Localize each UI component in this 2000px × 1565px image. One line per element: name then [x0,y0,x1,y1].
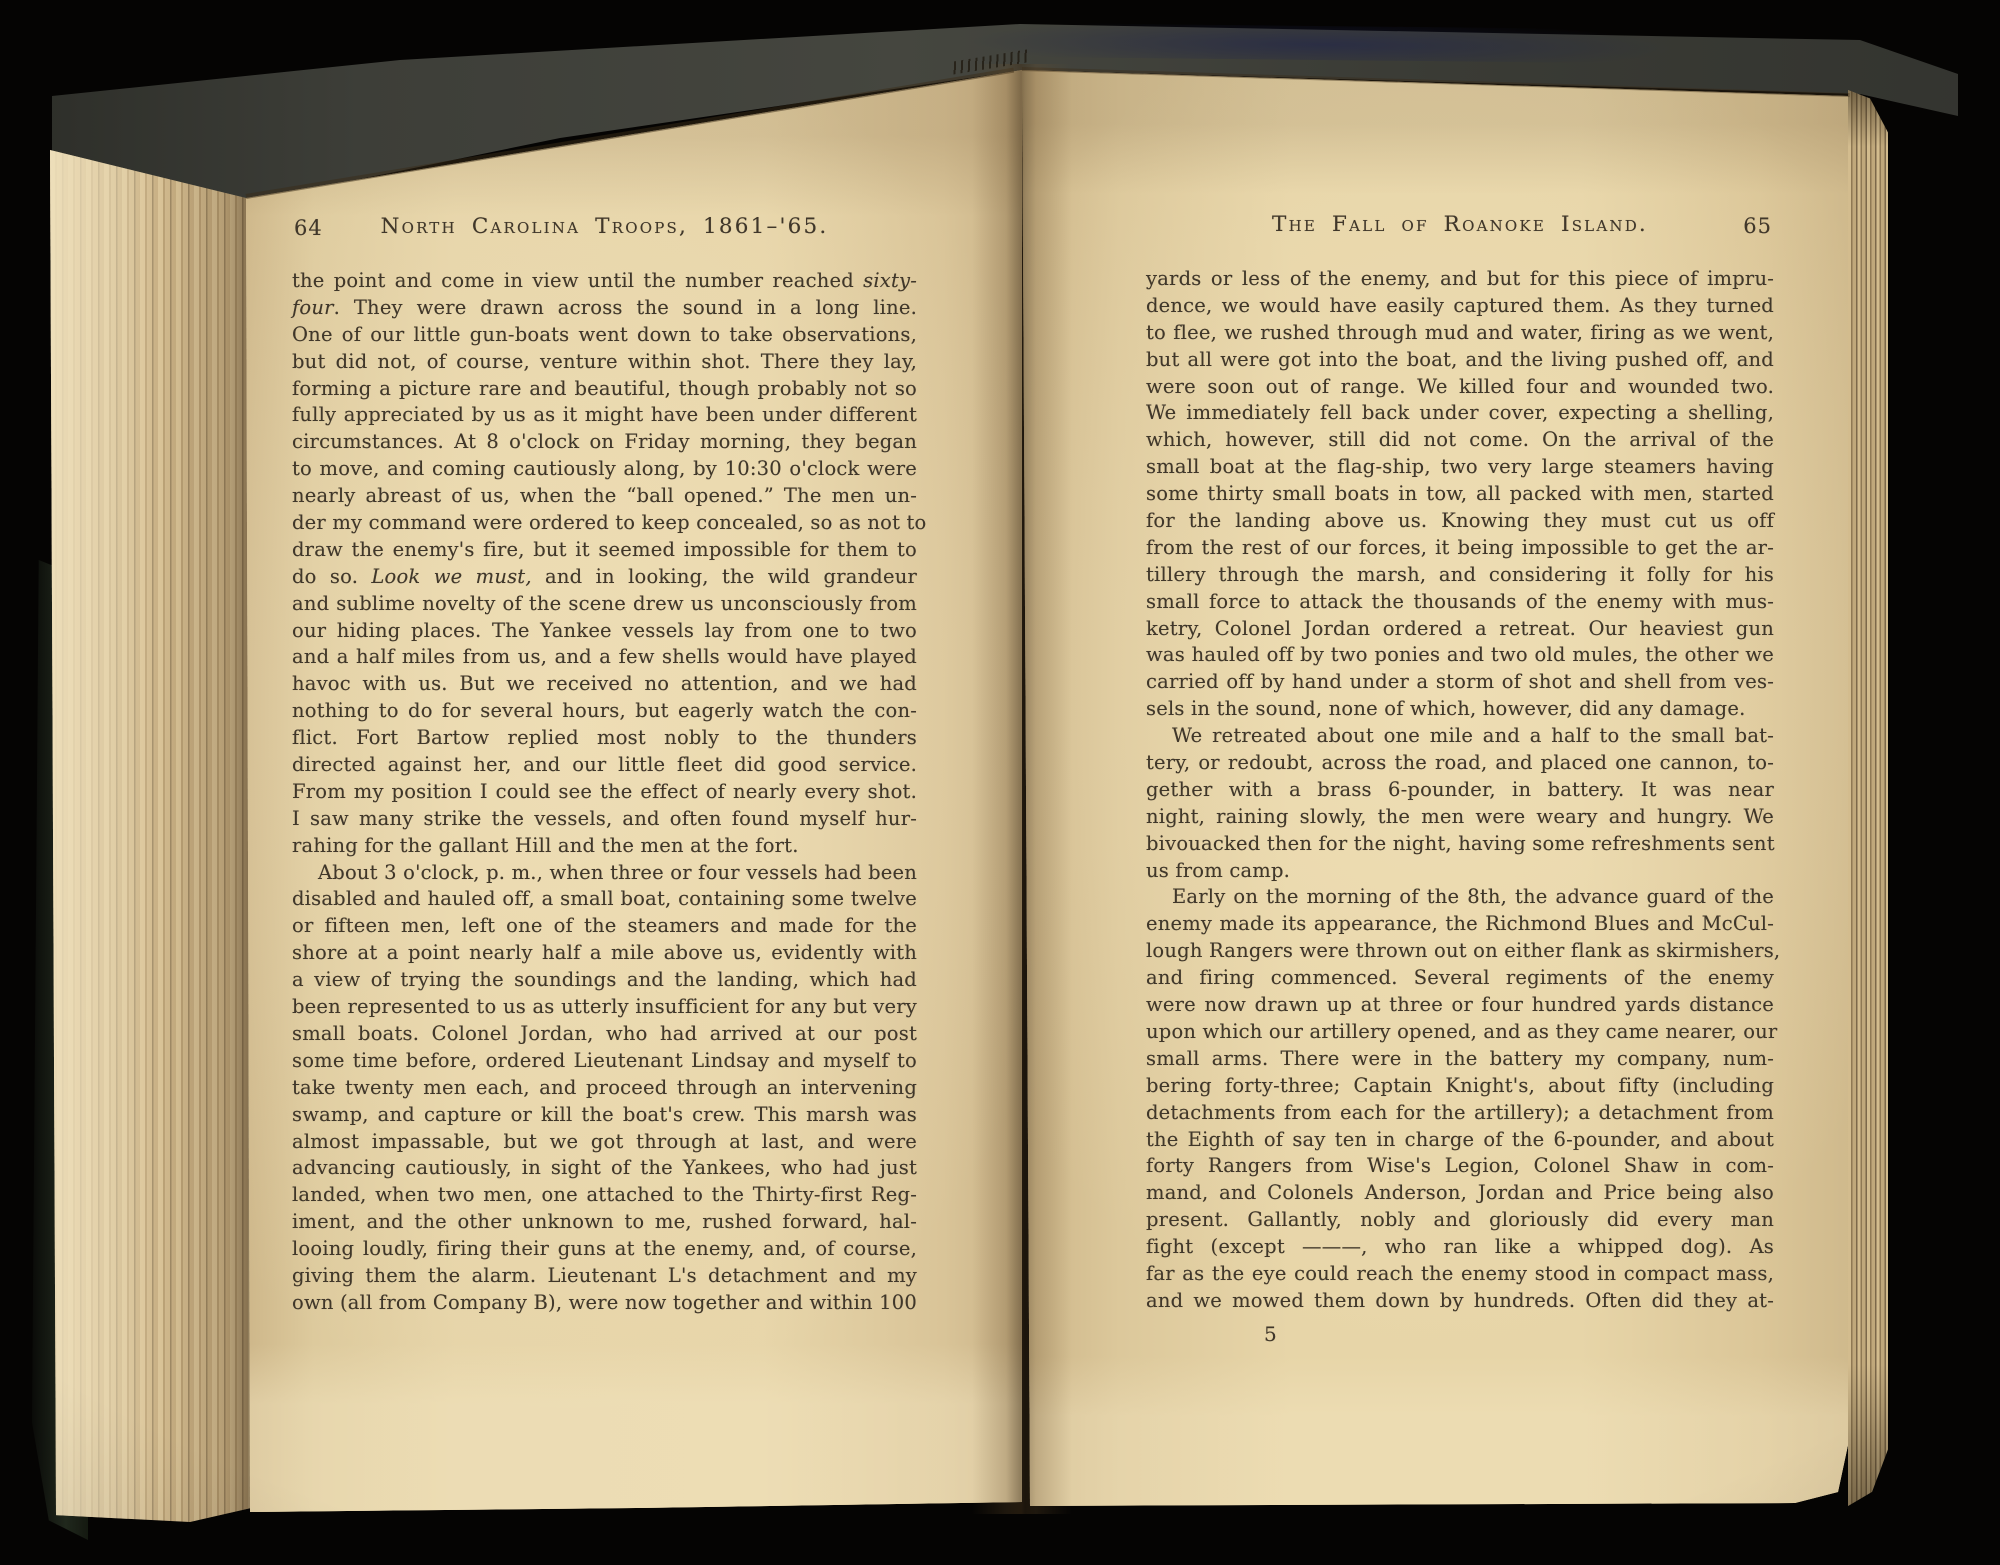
text-line: About 3 o'clock, p. m., when three or fo… [292,860,917,887]
page-stack-left-edge [50,150,250,1522]
text-line: detachments from each for the artillery)… [1146,1100,1774,1127]
text-line: gether with a brass 6-pounder, in batter… [1146,777,1774,804]
text-line: bivouacked then for the night, having so… [1146,831,1774,858]
text-line: flict. Fort Bartow replied most nobly to… [292,725,917,752]
text-line: fight (except ———, who ran like a whippe… [1146,1234,1774,1261]
text-line: havoc with us. But we received no attent… [292,671,917,698]
signature-mark: 5 [1146,1322,1774,1346]
text-line: We immediately fell back under cover, ex… [1146,400,1774,427]
text-line: our hiding places. The Yankee vessels la… [292,618,917,645]
text-line: I saw many strike the vessels, and often… [292,806,917,833]
text-line: forming a picture rare and beautiful, th… [292,376,917,403]
text-line: almost impassable, but we got through at… [292,1129,917,1156]
text-line: tery, or redoubt, across the road, and p… [1146,750,1774,777]
left-page-content: 64 North Carolina Troops, 1861–'65. the … [292,214,917,1317]
text-line: Early on the morning of the 8th, the adv… [1146,884,1774,911]
text-line: small arms. There were in the battery my… [1146,1046,1774,1073]
right-page-number: 65 [1743,214,1772,238]
text-line: bering forty-three; Captain Knight's, ab… [1146,1073,1774,1100]
gutter-shadow [972,64,1072,1514]
right-page-header: The Fall of Roanoke Island. 65 [1146,212,1774,246]
right-running-head: The Fall of Roanoke Island. [1146,212,1774,237]
page-stack-right-edge [1848,90,1888,1506]
text-line: landed, when two men, one attached to th… [292,1182,917,1209]
text-line: and a half miles from us, and a few shel… [292,644,917,671]
text-line: From my position I could see the effect … [292,779,917,806]
text-line: directed against her, and our little fle… [292,752,917,779]
text-line: and firing commenced. Several regiments … [1146,965,1774,992]
text-line: nearly abreast of us, when the “ball ope… [292,483,917,510]
text-line: rahing for the gallant Hill and the men … [292,833,917,860]
text-line: to flee, we rushed through mud and water… [1146,320,1774,347]
text-line: present. Gallantly, nobly and gloriously… [1146,1207,1774,1234]
text-line: der my command were ordered to keep conc… [292,510,917,537]
text-line: which, however, still did not come. On t… [1146,427,1774,454]
right-page-content: The Fall of Roanoke Island. 65 yards or … [1146,212,1774,1346]
text-line: own (all from Company B), were now toget… [292,1290,917,1317]
text-line: night, raining slowly, the men were wear… [1146,804,1774,831]
text-line: some thirty small boats in tow, all pack… [1146,481,1774,508]
text-line: to move, and coming cautiously along, by… [292,456,917,483]
text-line: or fifteen men, left one of the steamers… [292,913,917,940]
text-line: looing loudly, firing their guns at the … [292,1236,917,1263]
text-line: and we mowed them down by hundreds. Ofte… [1146,1288,1774,1315]
left-page-number: 64 [294,216,323,240]
text-line: forty Rangers from Wise's Legion, Colone… [1146,1153,1774,1180]
text-line: small force to attack the thousands of t… [1146,589,1774,616]
text-line: mand, and Colonels Anderson, Jordan and … [1146,1180,1774,1207]
text-line: us from camp. [1146,858,1774,885]
text-line: lough Rangers were thrown out on either … [1146,938,1774,965]
text-line: giving them the alarm. Lieutenant L's de… [292,1263,917,1290]
text-line: for the landing above us. Knowing they m… [1146,508,1774,535]
text-line: tillery through the marsh, and consideri… [1146,562,1774,589]
text-line: small boats. Colonel Jordan, who had arr… [292,1021,917,1048]
text-line: were soon out of range. We killed four a… [1146,374,1774,401]
text-line: the point and come in view until the num… [292,268,917,295]
text-line: from the rest of our forces, it being im… [1146,535,1774,562]
text-line: upon which our artillery opened, and as … [1146,1019,1774,1046]
text-line: enemy made its appearance, the Richmond … [1146,911,1774,938]
text-line: the Eighth of say ten in charge of the 6… [1146,1127,1774,1154]
text-line: advancing cautiously, in sight of the Ya… [292,1155,917,1182]
text-line: four. They were drawn across the sound i… [292,295,917,322]
text-line: yards or less of the enemy, and but for … [1146,266,1774,293]
text-line: We retreated about one mile and a half t… [1146,723,1774,750]
text-line: a view of trying the soundings and the l… [292,967,917,994]
text-line: swamp, and capture or kill the boat's cr… [292,1102,917,1129]
text-line: sels in the sound, none of which, howeve… [1146,696,1774,723]
text-line: carried off by hand under a storm of sho… [1146,669,1774,696]
text-line: shore at a point nearly half a mile abov… [292,940,917,967]
text-line: disabled and hauled off, a small boat, c… [292,886,917,913]
book-scan: 64 North Carolina Troops, 1861–'65. the … [0,0,2000,1565]
left-running-head: North Carolina Troops, 1861–'65. [292,214,917,239]
text-line: circumstances. At 8 o'clock on Friday mo… [292,429,917,456]
text-line: but all were got into the boat, and the … [1146,347,1774,374]
text-line: and sublime novelty of the scene drew us… [292,591,917,618]
text-line: dence, we would have easily captured the… [1146,293,1774,320]
text-line: do so. Look we must, and in looking, the… [292,564,917,591]
text-line: draw the enemy's fire, but it seemed imp… [292,537,917,564]
text-line: nothing to do for several hours, but eag… [292,698,917,725]
text-line: but did not, of course, venture within s… [292,349,917,376]
text-line: was hauled off by two ponies and two old… [1146,642,1774,669]
text-line: small boat at the flag-ship, two very la… [1146,454,1774,481]
right-page-text: yards or less of the enemy, and but for … [1146,266,1774,1315]
text-line: fully appreciated by us as it might have… [292,402,917,429]
text-line: ketry, Colonel Jordan ordered a retreat.… [1146,616,1774,643]
text-line: some time before, ordered Lieutenant Lin… [292,1048,917,1075]
text-line: One of our little gun-boats went down to… [292,322,917,349]
text-line: iment, and the other unknown to me, rush… [292,1209,917,1236]
text-line: far as the eye could reach the enemy sto… [1146,1261,1774,1288]
text-line: take twenty men each, and proceed throug… [292,1075,917,1102]
left-page-header: 64 North Carolina Troops, 1861–'65. [292,214,917,248]
text-line: been represented to us as utterly insuff… [292,994,917,1021]
text-line: were now drawn up at three or four hundr… [1146,992,1774,1019]
left-page-text: the point and come in view until the num… [292,268,917,1317]
